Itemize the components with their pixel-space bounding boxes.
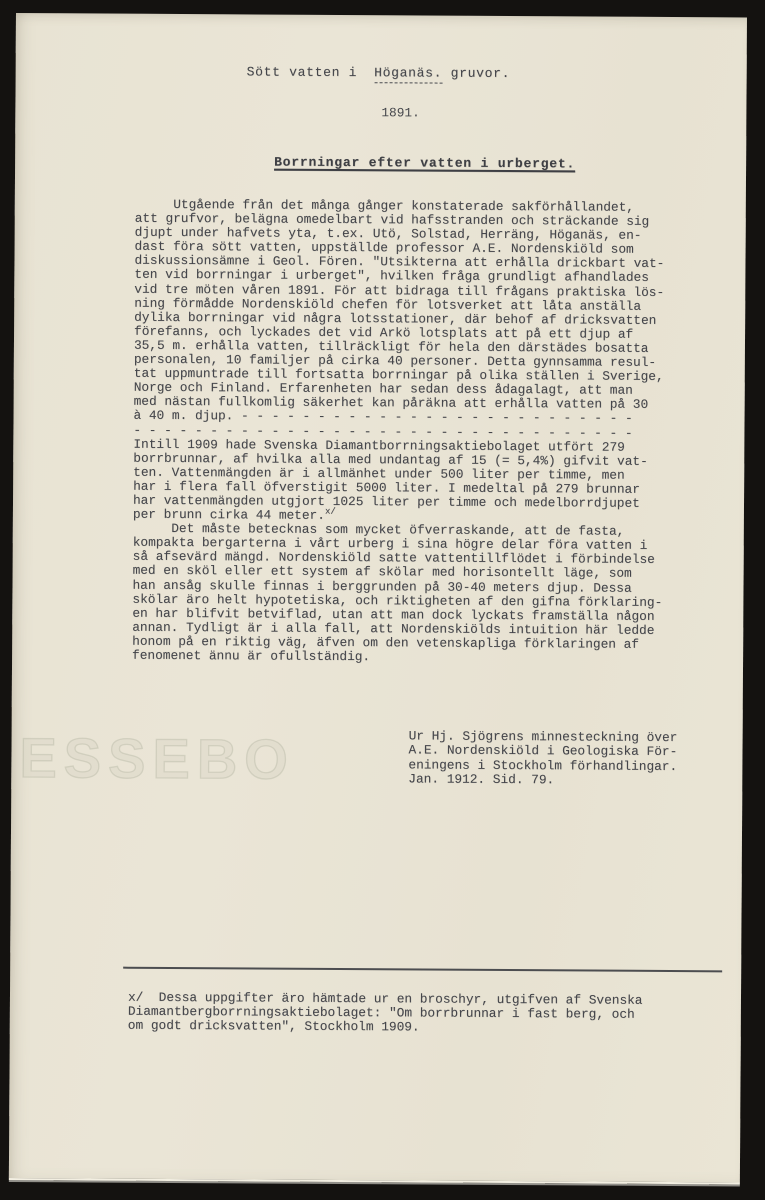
section-heading: Borrningar efter vatten i urberget. xyxy=(274,155,575,172)
paper-sheet: ESSEBO Sött vatten i Höganäs. gruvor. 18… xyxy=(9,13,747,1184)
document-title: Sött vatten i Höganäs. gruvor. xyxy=(247,64,511,81)
footnote-marker: x/ xyxy=(325,507,336,517)
body-text: Utgående från det många gånger konstater… xyxy=(132,198,695,667)
paragraph-3: Det måste betecknas som mycket öfverrask… xyxy=(132,522,693,666)
paper-watermark: ESSEBO xyxy=(19,725,295,792)
paragraph-2: Intill 1909 hade Svenska Diamantborrning… xyxy=(133,437,694,525)
footnote-divider xyxy=(123,967,722,973)
document-year: 1891. xyxy=(381,105,419,120)
footnote-text: x/ Dessa uppgifter äro hämtade ur en bro… xyxy=(128,991,643,1036)
title-text-pre: Sött vatten i xyxy=(247,64,375,80)
paragraph-1: Utgående från det många gånger konstater… xyxy=(133,198,694,441)
title-text-underlined: Höganäs. xyxy=(374,65,442,83)
citation-block: Ur Hj. Sjögrens minnesteckning över A.E.… xyxy=(408,729,677,788)
paragraph-2-text: Intill 1909 hade Svenska Diamantborrning… xyxy=(133,436,648,523)
title-text-post: gruvor. xyxy=(442,66,510,81)
scan-backdrop: { "colors": { "backdrop": "#141210", "pa… xyxy=(0,0,765,1200)
